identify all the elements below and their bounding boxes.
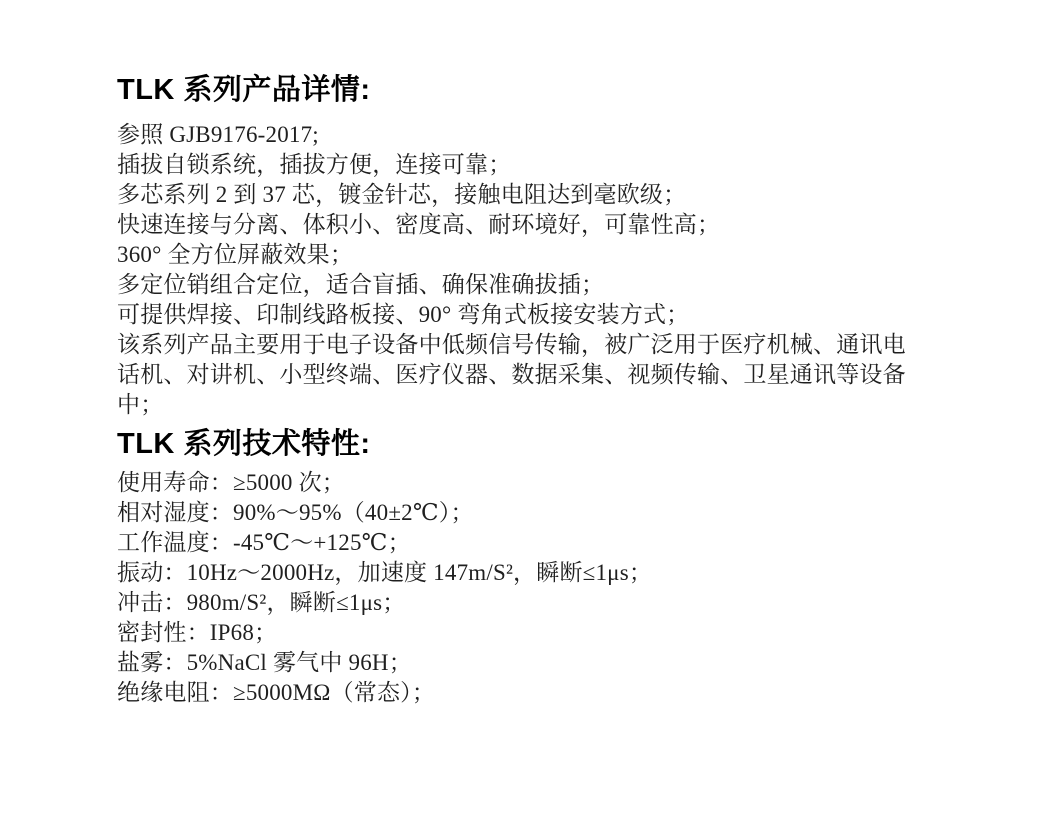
tech-spec-line: 绝缘电阻：≥5000MΩ（常态）； bbox=[117, 678, 907, 708]
section-1-heading: TLK 系列产品详情: bbox=[117, 74, 907, 106]
product-detail-line: 多芯系列 2 到 37 芯，镀金针芯，接触电阻达到毫欧级； bbox=[117, 180, 907, 210]
product-detail-line: 插拔自锁系统，插拔方便，连接可靠； bbox=[117, 150, 907, 180]
document-page: TLK 系列产品详情: 参照 GJB9176-2017; 插拔自锁系统，插拔方便… bbox=[0, 0, 907, 708]
tech-spec-line: 冲击：980m/S²，瞬断≤1μs； bbox=[117, 588, 907, 618]
tech-spec-line: 密封性：IP68； bbox=[117, 618, 907, 648]
tech-spec-line: 盐雾：5%NaCl 雾气中 96H； bbox=[117, 648, 907, 678]
tech-spec-line: 使用寿命：≥5000 次； bbox=[117, 468, 907, 498]
section-1-body: 参照 GJB9176-2017; 插拔自锁系统，插拔方便，连接可靠； 多芯系列 … bbox=[117, 120, 907, 420]
product-detail-line: 参照 GJB9176-2017; bbox=[117, 120, 907, 150]
tech-spec-line: 振动：10Hz～2000Hz，加速度 147m/S²，瞬断≤1μs； bbox=[117, 558, 907, 588]
product-detail-paragraph: 该系列产品主要用于电子设备中低频信号传输，被广泛用于医疗机械、通讯电话机、对讲机… bbox=[117, 330, 907, 420]
tech-spec-line: 相对湿度：90%～95%（40±2℃）； bbox=[117, 498, 907, 528]
product-detail-line: 360° 全方位屏蔽效果； bbox=[117, 240, 907, 270]
section-2-body: 使用寿命：≥5000 次； 相对湿度：90%～95%（40±2℃）； 工作温度：… bbox=[117, 468, 907, 708]
section-2-heading: TLK 系列技术特性: bbox=[117, 428, 907, 460]
product-detail-line: 快速连接与分离、体积小、密度高、耐环境好，可靠性高； bbox=[117, 210, 907, 240]
tech-spec-line: 工作温度：-45℃～+125℃； bbox=[117, 528, 907, 558]
product-detail-line: 可提供焊接、印制线路板接、90° 弯角式板接安装方式； bbox=[117, 300, 907, 330]
product-detail-line: 多定位销组合定位，适合盲插、确保准确拔插； bbox=[117, 270, 907, 300]
